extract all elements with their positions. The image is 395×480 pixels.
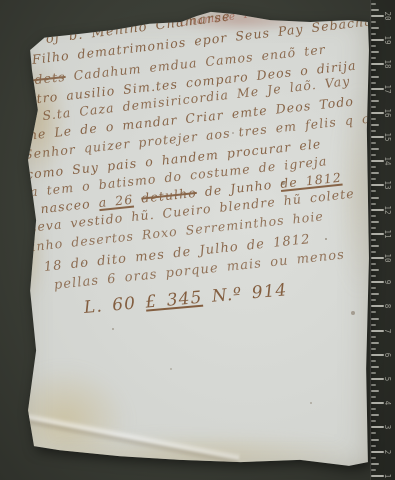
ruler-number: 15 <box>382 130 392 144</box>
ruler-tick <box>371 45 376 47</box>
ruler-tick <box>371 239 376 241</box>
paper-speckles <box>20 10 22 12</box>
handwriting-segment: N.º 914 <box>202 280 289 307</box>
ruler-number: 8 <box>382 299 392 313</box>
ruler-tick <box>371 221 379 223</box>
ruler-tick <box>371 360 376 362</box>
ruler-number: 19 <box>382 33 392 47</box>
ruler-tick <box>371 251 376 253</box>
ruler-tick <box>371 469 376 471</box>
ruler-tick <box>371 311 376 313</box>
ruler-tick <box>371 118 376 120</box>
ruler-tick <box>371 287 376 289</box>
handwriting-segment: £ 345 <box>145 288 204 313</box>
ruler-number: 13 <box>382 178 392 192</box>
ruler-tick <box>371 82 376 84</box>
ruler-tick <box>371 9 379 11</box>
ruler-tick <box>371 197 379 199</box>
ruler-number: 12 <box>382 203 392 217</box>
ruler-tick <box>371 420 376 422</box>
ruler-tick <box>371 432 376 434</box>
handwriting-segment: adets <box>25 69 66 88</box>
ruler-tick <box>371 215 376 217</box>
ruler-tick <box>371 178 376 180</box>
ruler-tick <box>371 384 376 386</box>
ruler-tick <box>371 100 379 102</box>
manuscript-paper: Chamase Frand.º José Paulooƒ b. Menino C… <box>20 10 370 470</box>
ruler-tick <box>371 3 376 5</box>
ruler-tick <box>371 106 376 108</box>
ruler-tick <box>371 390 379 392</box>
ruler-number: 10 <box>382 251 392 265</box>
ruler-tick <box>371 348 376 350</box>
ruler-tick <box>371 336 376 338</box>
ruler-number: 2 <box>382 445 392 459</box>
ruler-number: 14 <box>382 154 392 168</box>
ruler-tick <box>371 414 379 416</box>
ruler-tick <box>371 124 379 126</box>
ruler-tick <box>371 69 376 71</box>
ruler-number: 3 <box>382 420 392 434</box>
ruler-tick <box>371 76 379 78</box>
ruler-tick <box>371 299 376 301</box>
ruler-tick <box>371 142 376 144</box>
ruler-tick <box>371 245 379 247</box>
ruler-tick <box>371 366 379 368</box>
ruler-tick <box>371 33 376 35</box>
measuring-scale: 2019181716151413121110987654321 <box>370 0 395 480</box>
ruler-number: 7 <box>382 324 392 338</box>
photo-backdrop: Chamase Frand.º José Paulooƒ b. Menino C… <box>0 0 395 480</box>
paper-crease <box>7 408 240 467</box>
ruler-number: 11 <box>382 227 392 241</box>
ruler-tick <box>371 190 376 192</box>
ruler-tick <box>371 439 379 441</box>
ruler-number: 18 <box>382 57 392 71</box>
ruler-tick <box>371 457 376 459</box>
ruler-number: 9 <box>382 275 392 289</box>
ruler-tick <box>371 318 379 320</box>
ruler-number: 6 <box>382 348 392 362</box>
ruler-tick <box>371 94 376 96</box>
ruler-tick <box>371 21 376 23</box>
ruler-tick <box>371 203 376 205</box>
ruler-tick <box>371 463 379 465</box>
ruler-tick <box>371 154 376 156</box>
ruler-tick <box>371 372 376 374</box>
ruler-number: 20 <box>382 9 392 23</box>
ruler-number: 17 <box>382 82 392 96</box>
handwriting-segment: a 26 <box>98 192 134 211</box>
ruler-tick <box>371 57 376 59</box>
ruler-tick <box>371 27 379 29</box>
ruler-tick <box>371 172 379 174</box>
ruler-tick <box>371 408 376 410</box>
ruler-tick <box>371 275 376 277</box>
ruler-tick <box>371 130 376 132</box>
ruler-tick <box>371 324 376 326</box>
ruler-tick <box>371 263 376 265</box>
handwriting-segment: L. 60 <box>83 293 146 318</box>
ruler-tick <box>371 293 379 295</box>
ruler-tick <box>371 51 379 53</box>
ruler-number: 5 <box>382 372 392 386</box>
ruler-number: 1 <box>382 469 392 480</box>
ruler-number: 16 <box>382 106 392 120</box>
ruler-tick <box>371 342 379 344</box>
ruler-tick <box>371 445 376 447</box>
manuscript-paper-wrapper: Chamase Frand.º José Paulooƒ b. Menino C… <box>20 10 370 470</box>
ruler-tick <box>371 227 376 229</box>
ruler-tick <box>371 269 379 271</box>
ruler-tick <box>371 166 376 168</box>
ruler-number: 4 <box>382 396 392 410</box>
ruler-tick <box>371 396 376 398</box>
ruler-tick <box>371 148 379 150</box>
